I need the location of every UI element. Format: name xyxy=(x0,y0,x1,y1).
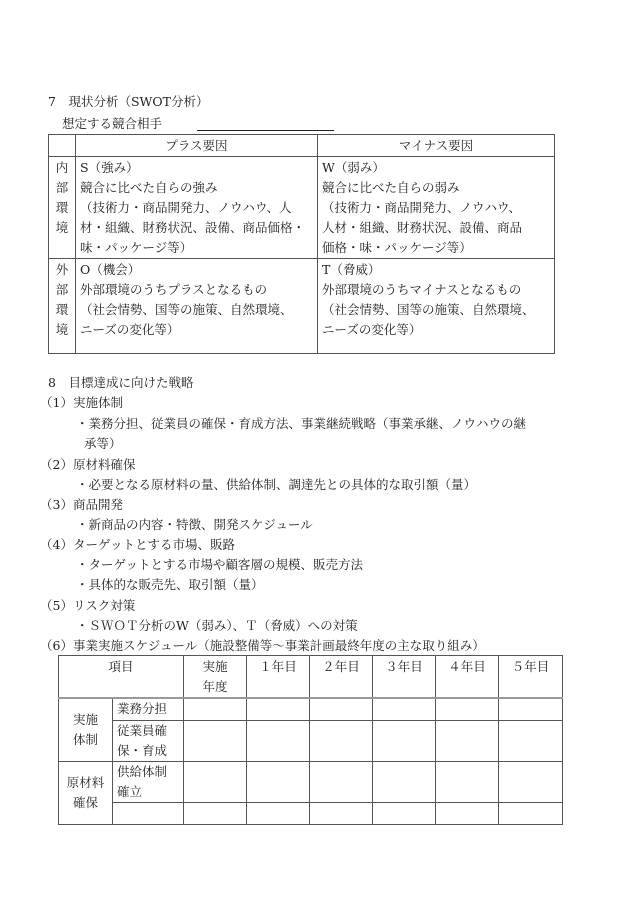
schedule-cell[interactable] xyxy=(247,802,310,824)
side-char: 境 xyxy=(49,218,75,238)
schedule-cell[interactable] xyxy=(499,720,563,761)
item-2-heading: （2）原材料確保 xyxy=(40,455,135,475)
header-year-4: ４年目 xyxy=(436,656,499,699)
item-2-bullet: ・必要となる原材料の量、供給体制、調達先との具体的な取引額（量） xyxy=(76,475,476,495)
schedule-cell[interactable] xyxy=(499,761,563,802)
group-label-line: 実施 xyxy=(59,710,112,730)
row-supply-system: 供給体制 確立 xyxy=(113,761,184,802)
strengths-line: 材・組織、財務状況、設備、商品価格・ xyxy=(80,218,313,238)
header-impl-year-line: 実施 xyxy=(184,657,246,677)
header-year-1: １年目 xyxy=(247,656,310,699)
schedule-cell[interactable] xyxy=(310,698,373,720)
group-raw-material-supply: 原材料 確保 xyxy=(59,761,113,824)
swot-header-minus: マイナス要因 xyxy=(318,135,555,157)
section-8-title: 8 目標達成に向けた戦略 xyxy=(48,373,193,393)
schedule-cell[interactable] xyxy=(310,761,373,802)
item-3-heading: （3）商品開発 xyxy=(40,495,123,515)
opportunities-line: 外部環境のうちプラスとなるもの xyxy=(80,280,313,300)
item-4-bullet: ・具体的な販売先、取引額（量） xyxy=(76,575,264,595)
internal-environment-label: 内 部 環 境 xyxy=(49,157,76,259)
sub-label: 保・育成 xyxy=(117,741,183,761)
row-task-allocation: 業務分担 xyxy=(113,698,184,720)
schedule-cell[interactable] xyxy=(247,720,310,761)
strengths-line: 味・パッケージ等） xyxy=(80,238,313,258)
schedule-cell[interactable] xyxy=(373,698,436,720)
strengths-line: （技術力・商品開発力、ノウハウ、人 xyxy=(80,198,313,218)
schedule-cell[interactable] xyxy=(373,802,436,824)
item-4-heading: （4）ターゲットとする市場、販路 xyxy=(40,535,235,555)
item-1-bullet-cont: 承等） xyxy=(84,434,122,454)
side-char: 境 xyxy=(49,320,75,340)
schedule-table: 項目 実施 年度 １年目 ２年目 ３年目 ４年目 ５年目 実施 体制 業務分担 … xyxy=(58,655,563,825)
weaknesses-line: W（弱み） xyxy=(322,158,550,178)
side-char: 内 xyxy=(49,158,75,178)
weaknesses-cell[interactable]: W（弱み） 競合に比べた自らの弱み （技術力・商品開発力、ノウハウ、 人材・組織… xyxy=(318,157,555,259)
header-impl-year-line: 年度 xyxy=(184,677,246,697)
group-label-line: 体制 xyxy=(59,730,112,750)
strengths-line: 競合に比べた自らの強み xyxy=(80,178,313,198)
schedule-cell[interactable] xyxy=(184,698,247,720)
schedule-cell[interactable] xyxy=(373,761,436,802)
weaknesses-line: 競合に比べた自らの弱み xyxy=(322,178,550,198)
item-3-bullet: ・新商品の内容・特徴、開発スケジュール xyxy=(76,515,313,535)
schedule-cell[interactable] xyxy=(310,720,373,761)
weaknesses-line: （技術力・商品開発力、ノウハウ、 xyxy=(322,198,550,218)
schedule-cell[interactable] xyxy=(184,720,247,761)
opportunities-cell[interactable]: O（機会） 外部環境のうちプラスとなるもの （社会情勢、国等の施策、自然環境、 … xyxy=(76,259,318,354)
swot-header-plus: プラス要因 xyxy=(76,135,318,157)
group-label-line: 原材料 xyxy=(59,773,112,793)
schedule-cell[interactable] xyxy=(247,761,310,802)
schedule-cell[interactable] xyxy=(436,698,499,720)
group-implementation-structure: 実施 体制 xyxy=(59,698,113,761)
threats-line: （社会情勢、国等の施策、自然環境、 xyxy=(322,300,550,320)
schedule-cell[interactable] xyxy=(499,698,563,720)
strengths-cell[interactable]: S（強み） 競合に比べた自らの強み （技術力・商品開発力、ノウハウ、人 材・組織… xyxy=(76,157,318,259)
weaknesses-line: 人材・組織、財務状況、設備、商品 xyxy=(322,218,550,238)
schedule-cell[interactable] xyxy=(184,761,247,802)
threats-cell[interactable]: T（脅威） 外部環境のうちマイナスとなるもの （社会情勢、国等の施策、自然環境、… xyxy=(318,259,555,354)
weaknesses-line: 価格・味・パッケージ等） xyxy=(322,238,550,258)
item-4-bullet: ・ターゲットとする市場や顧客層の規模、販売方法 xyxy=(76,555,363,575)
external-environment-label: 外 部 環 境 xyxy=(49,259,76,354)
opportunities-line: ニーズの変化等） xyxy=(80,320,313,340)
side-char: 部 xyxy=(49,280,75,300)
schedule-cell[interactable] xyxy=(499,802,563,824)
item-5-heading: （5）リスク対策 xyxy=(40,596,135,616)
strengths-line: S（強み） xyxy=(80,158,313,178)
row-staff-development: 従業員確 保・育成 xyxy=(113,720,184,761)
side-char: 外 xyxy=(49,260,75,280)
row-blank[interactable] xyxy=(113,802,184,824)
opportunities-line: （社会情勢、国等の施策、自然環境、 xyxy=(80,300,313,320)
section-7-title: 7 現状分析（SWOT分析） xyxy=(48,92,208,112)
schedule-cell[interactable] xyxy=(184,802,247,824)
header-year-5: ５年目 xyxy=(499,656,563,699)
competitor-label: 想定する競合相手 xyxy=(62,114,162,134)
group-label-line: 確保 xyxy=(59,793,112,813)
swot-header-blank xyxy=(49,135,76,157)
schedule-cell[interactable] xyxy=(310,802,373,824)
schedule-cell[interactable] xyxy=(373,720,436,761)
opportunities-line: O（機会） xyxy=(80,260,313,280)
item-5-bullet: ・ＳＷＯＴ分析のW（弱み）、Ｔ（脅威）への対策 xyxy=(76,616,358,636)
header-impl-year: 実施 年度 xyxy=(184,656,247,699)
schedule-cell[interactable] xyxy=(436,720,499,761)
item-1-heading: （1）実施体制 xyxy=(40,393,123,413)
side-char: 部 xyxy=(49,178,75,198)
header-year-2: ２年目 xyxy=(310,656,373,699)
schedule-cell[interactable] xyxy=(436,802,499,824)
header-year-3: ３年目 xyxy=(373,656,436,699)
schedule-cell[interactable] xyxy=(247,698,310,720)
item-6-heading: （6）事業実施スケジュール（施設整備等～事業計画最終年度の主な取り組み） xyxy=(40,636,485,656)
competitor-input-line[interactable] xyxy=(197,130,334,131)
swot-table: プラス要因 マイナス要因 内 部 環 境 S（強み） 競合に比べた自らの強み （… xyxy=(48,134,555,354)
item-1-bullet: ・業務分担、従業員の確保・育成方法、事業継続戦略（事業承継、ノウハウの継 xyxy=(76,414,526,434)
header-item: 項目 xyxy=(59,656,184,699)
side-char: 環 xyxy=(49,300,75,320)
schedule-cell[interactable] xyxy=(436,761,499,802)
sub-label: 業務分担 xyxy=(117,699,183,719)
threats-line: 外部環境のうちマイナスとなるもの xyxy=(322,280,550,300)
threats-line: T（脅威） xyxy=(322,260,550,280)
sub-label: 供給体制 xyxy=(117,762,183,782)
sub-label: 従業員確 xyxy=(117,721,183,741)
side-char: 環 xyxy=(49,198,75,218)
threats-line: ニーズの変化等） xyxy=(322,320,550,340)
sub-label: 確立 xyxy=(117,782,183,802)
